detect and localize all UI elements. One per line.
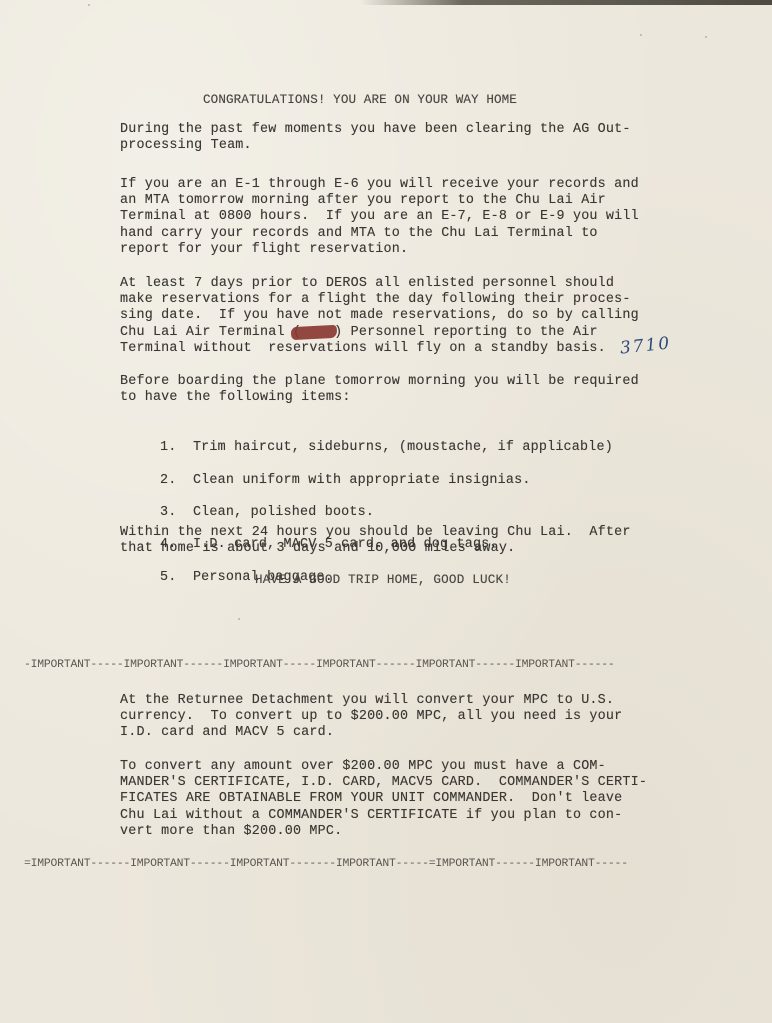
list-item: 2. Clean uniform with appropriate insign… xyxy=(160,473,613,489)
redaction-blot xyxy=(291,324,338,339)
paragraph-mpc-basic: At the Returnee Detachment you will conv… xyxy=(120,693,622,742)
list-item: 1. Trim haircut, sideburns, (moustache, … xyxy=(160,440,613,456)
paragraph-boarding: Before boarding the plane tomorrow morni… xyxy=(120,374,639,406)
document-title: CONGRATULATIONS! YOU ARE ON YOUR WAY HOM… xyxy=(203,92,517,108)
important-banner-top: -IMPORTANT-----IMPORTANT------IMPORTANT-… xyxy=(24,659,615,671)
paper-speck xyxy=(705,36,707,38)
paragraph-records: If you are an E-1 through E-6 you will r… xyxy=(120,177,639,258)
paragraph-intro: During the past few moments you have bee… xyxy=(120,122,631,154)
important-banner-bottom: =IMPORTANT------IMPORTANT------IMPORTANT… xyxy=(24,858,628,870)
closing-line: HAVE A GOOD TRIP HOME, GOOD LUCK! xyxy=(255,572,511,588)
paragraph-departure: Within the next 24 hours you should be l… xyxy=(120,525,631,557)
paragraph-mpc-over: To convert any amount over $200.00 MPC y… xyxy=(120,759,647,840)
paper-speck xyxy=(88,4,90,6)
list-item: 3. Clean, polished boots. xyxy=(160,505,613,521)
scanner-edge-shadow xyxy=(360,0,772,5)
paper-speck xyxy=(640,34,642,36)
redacted-phone-number: ( ) xyxy=(293,325,342,341)
paragraph-reservations: At least 7 days prior to DEROS all enlis… xyxy=(120,276,639,357)
paper-speck xyxy=(238,618,240,620)
